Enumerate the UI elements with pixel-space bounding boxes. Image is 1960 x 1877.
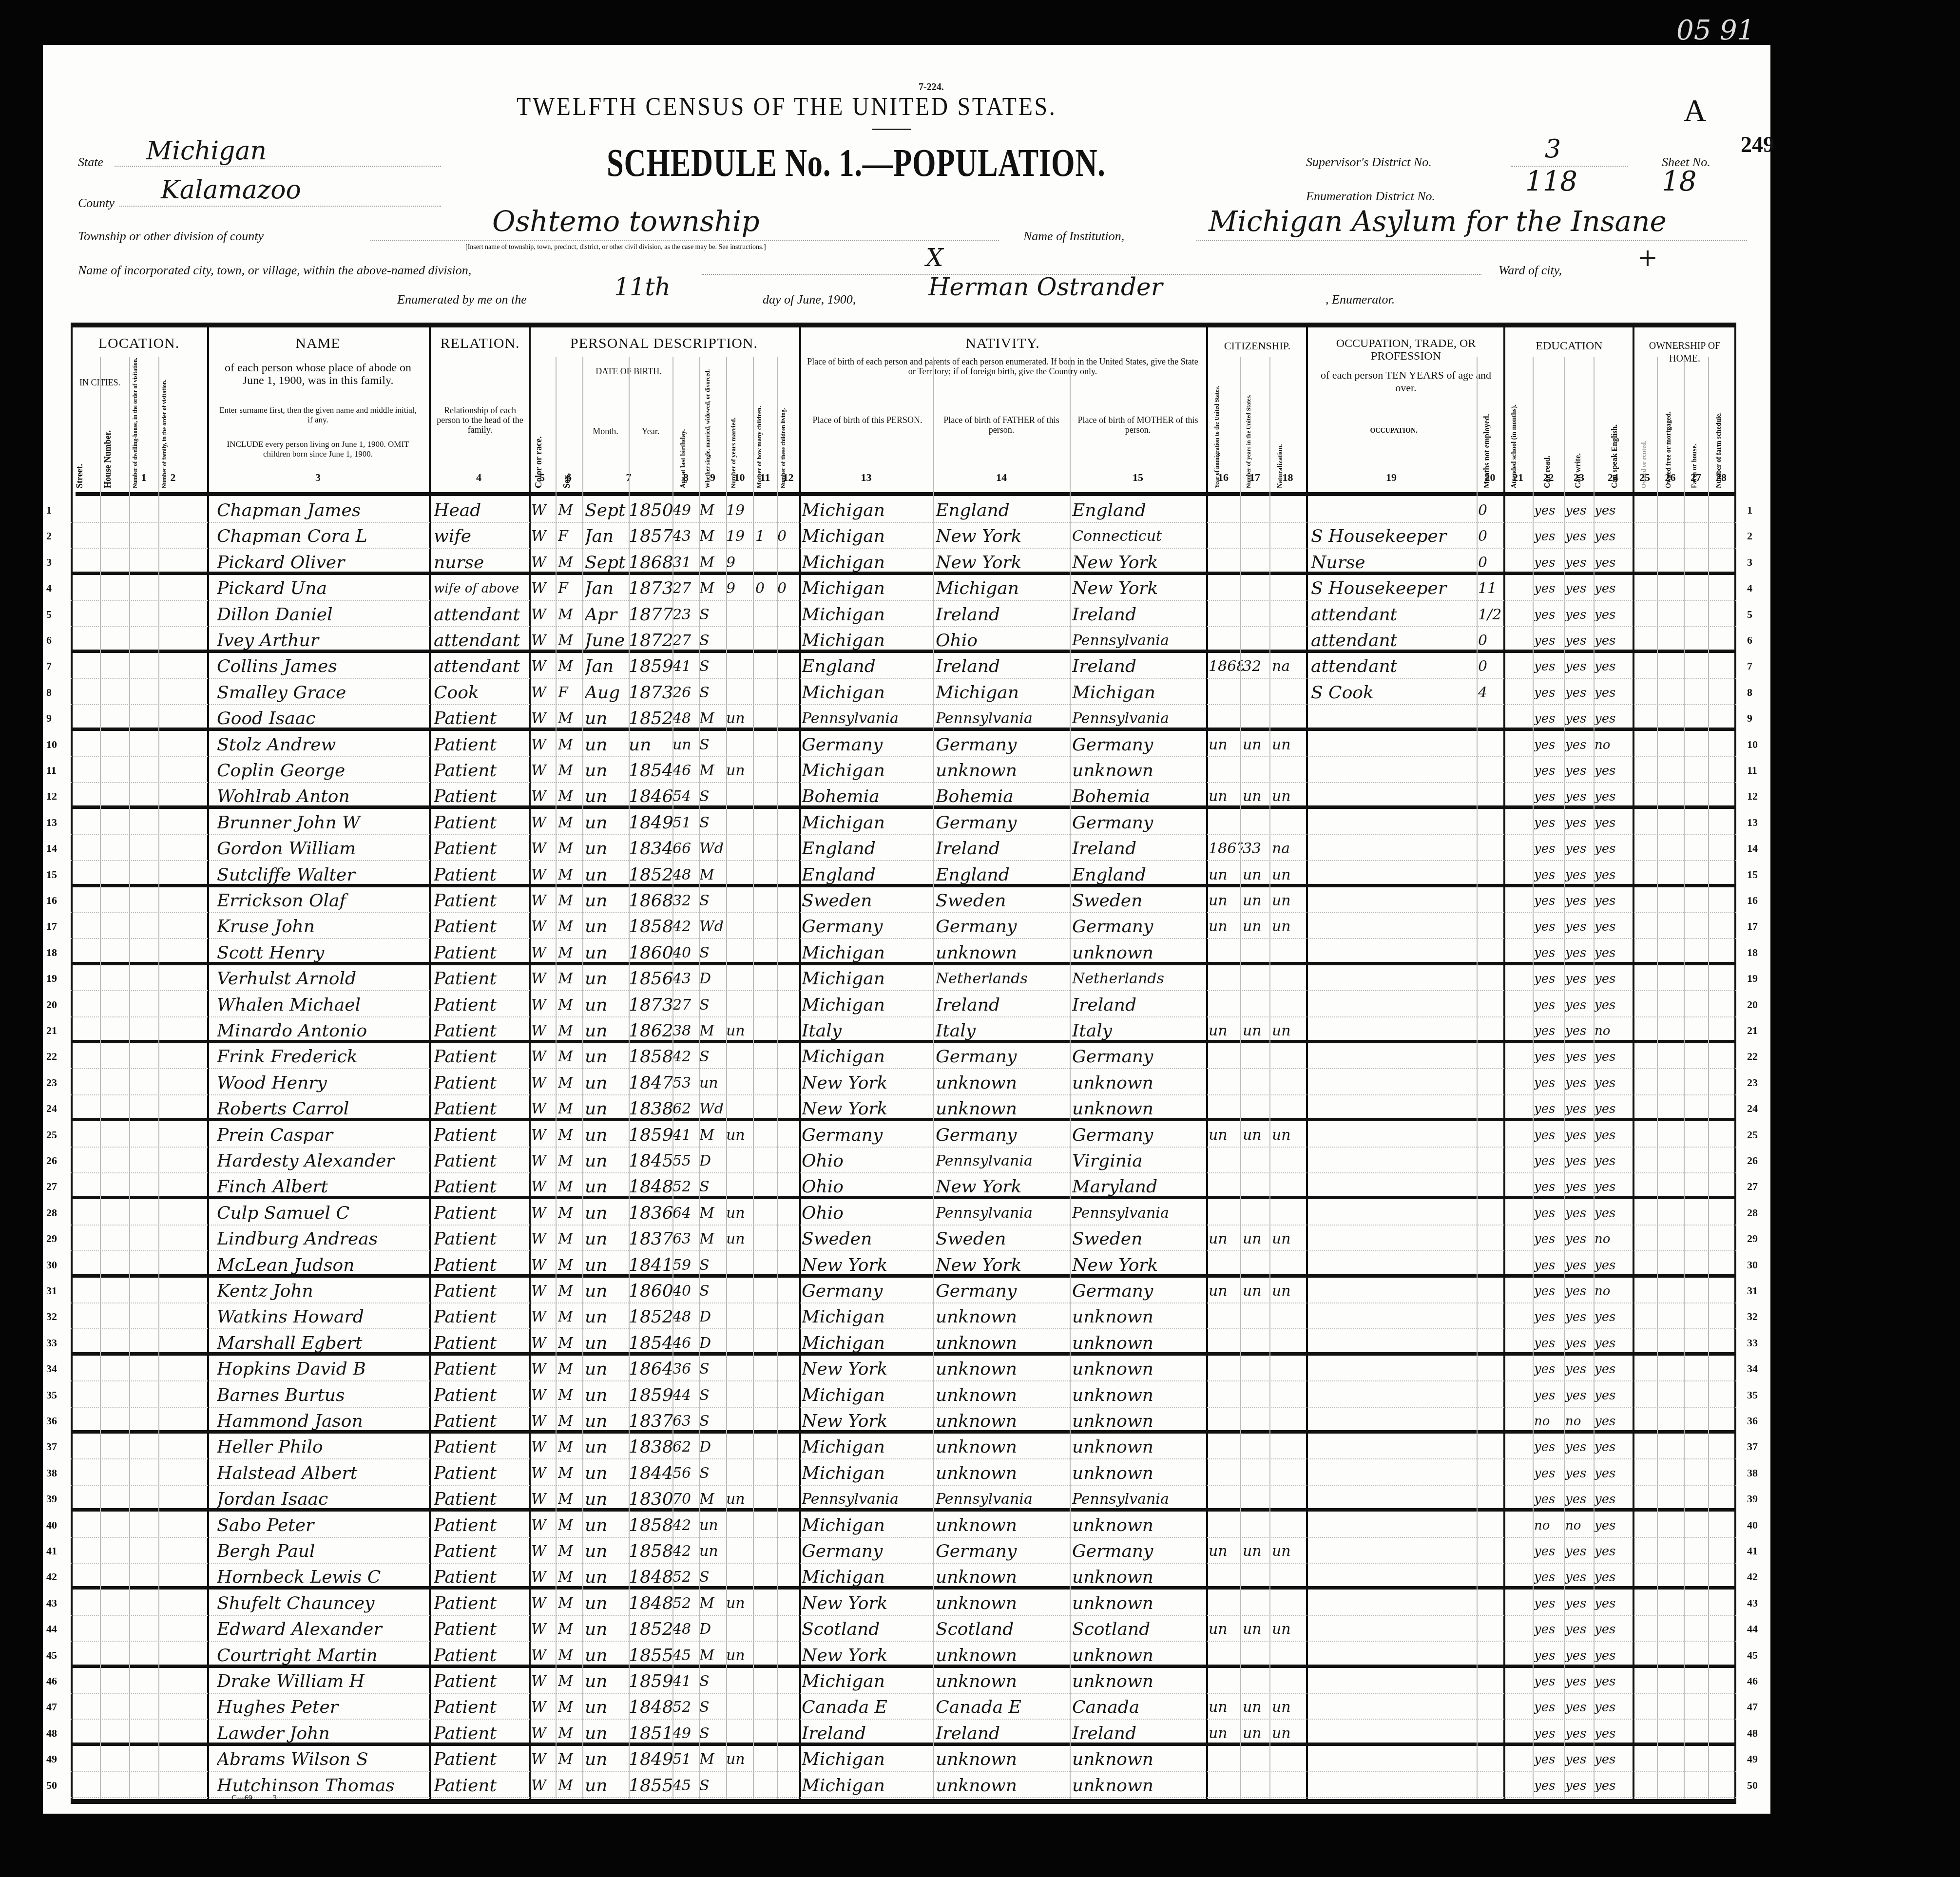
age-cell: 56 — [673, 1463, 699, 1484]
immigration-year-cell: un — [1209, 1619, 1243, 1640]
birthplace-person-cell: New York — [802, 1359, 933, 1380]
relation-cell: Patient — [434, 734, 529, 756]
marital-status-cell: D — [699, 1436, 726, 1458]
name-cell: Frink Frederick — [217, 1046, 426, 1068]
sex-cell: M — [558, 1203, 582, 1224]
line-number-left: 18 — [46, 946, 57, 959]
marital-status-cell: S — [699, 1281, 726, 1302]
can-read-cell: yes — [1534, 1203, 1564, 1224]
name-cell: Culp Samuel C — [217, 1203, 426, 1224]
naturalization-cell: un — [1272, 1281, 1306, 1302]
marital-status-cell: M — [699, 760, 726, 782]
line-number-right: 16 — [1747, 894, 1758, 907]
header-birth-father: Place of birth of FATHER of this person. — [936, 415, 1067, 435]
birthplace-father-cell: Germany — [936, 916, 1070, 938]
can-read-cell: yes — [1534, 760, 1564, 782]
age-cell: 51 — [673, 1749, 699, 1770]
sex-cell: M — [558, 1671, 582, 1692]
can-write-cell: yes — [1565, 1228, 1594, 1250]
header-nativity: NATIVITY. — [799, 337, 1206, 350]
birth-year-cell: 1837 — [629, 1228, 673, 1250]
sex-cell: M — [558, 656, 582, 677]
line-number-left: 49 — [46, 1753, 57, 1765]
birth-year-cell: 1859 — [629, 1671, 673, 1692]
birthplace-father-cell: Ireland — [936, 995, 1070, 1016]
birthplace-father-cell: Italy — [936, 1020, 1070, 1042]
enumerated-label: Enumerated by me on the — [397, 292, 527, 307]
can-speak-english-cell: yes — [1595, 968, 1633, 990]
birth-year-cell: 1848 — [629, 1593, 673, 1614]
column-number: 28 — [1708, 471, 1734, 484]
birthplace-person-cell: Michigan — [802, 995, 933, 1016]
relation-cell: Patient — [434, 942, 529, 964]
institution-value: Michigan Asylum for the Insane — [1209, 205, 1667, 238]
age-cell: 26 — [673, 682, 699, 704]
birth-month-cell: un — [585, 734, 629, 756]
sex-cell: M — [558, 1020, 582, 1042]
line-number-left: 24 — [46, 1102, 57, 1115]
line-number-right: 12 — [1747, 790, 1758, 803]
can-speak-english-cell: yes — [1595, 838, 1633, 860]
column-rule — [777, 357, 778, 1799]
can-speak-english-cell: yes — [1595, 942, 1633, 964]
can-read-cell: yes — [1534, 1671, 1564, 1692]
table-row: 99Good IsaacPatientWMun185248MunPennsylv… — [71, 705, 1736, 731]
can-write-cell: yes — [1565, 526, 1594, 547]
table-row: 3131Kentz JohnPatientWMun186040SGermanyG… — [71, 1278, 1736, 1303]
color-cell: W — [531, 838, 556, 860]
table-row: 2424Roberts CarrolPatientWMun183862WdNew… — [71, 1095, 1736, 1121]
birth-month-cell: un — [585, 1203, 629, 1224]
can-speak-english-cell: yes — [1595, 995, 1633, 1016]
sex-cell: M — [558, 1046, 582, 1068]
line-number-right: 29 — [1747, 1232, 1758, 1245]
years-married-cell: un — [726, 1749, 753, 1770]
county-value: Kalamazoo — [161, 175, 301, 205]
years-married-cell: un — [726, 1203, 753, 1224]
birthplace-person-cell: England — [802, 656, 933, 677]
can-write-cell: yes — [1565, 1176, 1594, 1198]
birth-year-cell: 1859 — [629, 1385, 673, 1406]
birthplace-person-cell: Scotland — [802, 1619, 933, 1640]
line-number-right: 11 — [1747, 764, 1757, 777]
line-number-right: 2 — [1747, 530, 1752, 542]
can-read-cell: yes — [1534, 1150, 1564, 1172]
column-rule — [1070, 357, 1071, 1799]
can-read-cell: yes — [1534, 578, 1564, 599]
line-number-right: 18 — [1747, 946, 1758, 959]
age-cell: 66 — [673, 838, 699, 860]
can-write-cell: yes — [1565, 890, 1594, 912]
line-number-left: 22 — [46, 1050, 57, 1063]
line-number-left: 14 — [46, 842, 57, 855]
marital-status-cell: D — [699, 1333, 726, 1354]
page-stamp: 249 — [1741, 132, 1774, 157]
relation-cell: Patient — [434, 1228, 529, 1250]
line-number-left: 23 — [46, 1076, 57, 1089]
birthplace-father-cell: unknown — [936, 1359, 1070, 1380]
footer-code: C—69 — [231, 1794, 252, 1803]
can-read-cell: yes — [1534, 942, 1564, 964]
birthplace-father-cell: unknown — [936, 942, 1070, 964]
birthplace-mother-cell: unknown — [1072, 1775, 1206, 1797]
immigration-year-cell: un — [1209, 1723, 1243, 1744]
can-write-cell: yes — [1565, 1671, 1594, 1692]
column-number: 19 — [1306, 471, 1477, 484]
color-cell: W — [531, 578, 556, 599]
color-cell: W — [531, 552, 556, 574]
marital-status-cell: M — [699, 578, 726, 599]
sex-cell: F — [558, 578, 582, 599]
age-cell: 51 — [673, 812, 699, 834]
occupation-cell: attendant — [1311, 630, 1477, 651]
birthplace-father-cell: unknown — [936, 1775, 1070, 1797]
birthplace-mother-cell: unknown — [1072, 1593, 1206, 1614]
birthplace-mother-cell: New York — [1072, 1255, 1206, 1276]
marital-status-cell: un — [699, 1541, 726, 1562]
line-number-left: 2 — [46, 530, 52, 542]
table-row: 3232Watkins HowardPatientWMun185248DMich… — [71, 1303, 1736, 1329]
can-read-cell: yes — [1534, 1255, 1564, 1276]
table-row: 2020Whalen MichaelPatientWMun187327SMich… — [71, 992, 1736, 1017]
relation-cell: Patient — [434, 890, 529, 912]
can-read-cell: yes — [1534, 682, 1564, 704]
table-row: 22Chapman Cora LwifeWFJan185743M1910Mich… — [71, 523, 1736, 549]
column-rule — [673, 357, 673, 1799]
line-number-left: 11 — [46, 764, 57, 777]
column-rule — [699, 357, 700, 1799]
birth-month-cell: un — [585, 708, 629, 729]
sex-cell: M — [558, 1098, 582, 1120]
color-cell: W — [531, 1203, 556, 1224]
table-row: 2525Prein CasparPatientWMun185941MunGerm… — [71, 1122, 1736, 1148]
line-number-left: 1 — [46, 504, 52, 517]
birthplace-mother-cell: Germany — [1072, 812, 1206, 834]
birth-month-cell: un — [585, 1020, 629, 1042]
column-rule — [1684, 357, 1685, 1799]
line-number-right: 41 — [1747, 1545, 1758, 1557]
table-row: 5050Hutchinson ThomasPatientWMun185545SM… — [71, 1772, 1736, 1798]
birthplace-father-cell: unknown — [936, 1515, 1070, 1536]
line-number-left: 32 — [46, 1310, 57, 1323]
birthplace-person-cell: Michigan — [802, 630, 933, 651]
relation-cell: Patient — [434, 708, 529, 729]
birthplace-father-cell: Germany — [936, 1046, 1070, 1068]
can-speak-english-cell: yes — [1595, 1203, 1633, 1224]
color-cell: W — [531, 1489, 556, 1510]
can-speak-english-cell: yes — [1595, 630, 1633, 651]
birthplace-mother-cell: Ireland — [1072, 1723, 1206, 1744]
sex-cell: M — [558, 1489, 582, 1510]
months-unemployed-cell: 1/2 — [1478, 604, 1503, 626]
marital-status-cell: S — [699, 812, 726, 834]
birthplace-father-cell: Ireland — [936, 1723, 1070, 1744]
can-speak-english-cell: no — [1595, 1281, 1633, 1302]
birthplace-person-cell: Germany — [802, 1125, 933, 1146]
table-row: 1616Errickson OlafPatientWMun186832SSwed… — [71, 887, 1736, 913]
birth-year-cell: 1848 — [629, 1176, 673, 1198]
line-number-right: 25 — [1747, 1129, 1758, 1141]
column-number: 16 — [1206, 471, 1240, 484]
color-cell: W — [531, 1567, 556, 1588]
occupation-cell: attendant — [1311, 656, 1477, 677]
birthplace-father-cell: unknown — [936, 1567, 1070, 1588]
line-number-right: 44 — [1747, 1623, 1758, 1635]
marital-status-cell: M — [699, 1203, 726, 1224]
line-number-left: 31 — [46, 1284, 57, 1297]
header-citizenship: CITIZENSHIP. — [1209, 340, 1306, 352]
line-number-right: 35 — [1747, 1389, 1758, 1401]
institution-line — [1196, 240, 1747, 241]
birthplace-father-cell: unknown — [936, 1073, 1070, 1094]
color-cell: W — [531, 1073, 556, 1094]
header-immigration-year: Year of immigration to the United States… — [1213, 362, 1221, 488]
can-speak-english-cell: yes — [1595, 1333, 1633, 1354]
birth-month-cell: Jan — [585, 656, 629, 677]
birth-year-cell: 1868 — [629, 552, 673, 574]
mother-of-cell: 1 — [755, 526, 777, 547]
population-table: LOCATION. IN CITIES. NAME of each person… — [71, 323, 1736, 1804]
color-cell: W — [531, 1723, 556, 1744]
can-read-cell: yes — [1534, 1541, 1564, 1562]
line-number-left: 21 — [46, 1024, 57, 1037]
immigration-year-cell: 1868 — [1209, 656, 1243, 677]
relation-cell: Patient — [434, 1697, 529, 1718]
line-number-left: 12 — [46, 790, 57, 803]
occupation-cell: attendant — [1311, 604, 1477, 626]
immigration-year-cell: 1867 — [1209, 838, 1243, 860]
age-cell: 48 — [673, 1619, 699, 1640]
line-number-right: 32 — [1747, 1310, 1758, 1323]
birthplace-person-cell: Michigan — [802, 942, 933, 964]
line-number-left: 6 — [46, 634, 52, 647]
color-cell: W — [531, 1020, 556, 1042]
age-cell: 42 — [673, 1541, 699, 1562]
relation-cell: Patient — [434, 1176, 529, 1198]
birthplace-mother-cell: Sweden — [1072, 1228, 1206, 1250]
birthplace-person-cell: Michigan — [802, 1436, 933, 1458]
can-read-cell: yes — [1534, 1385, 1564, 1406]
age-cell: 48 — [673, 1306, 699, 1328]
marital-status-cell: S — [699, 890, 726, 912]
table-row: 1212Wohlrab AntonPatientWMun184654SBohem… — [71, 783, 1736, 809]
table-row: 55Dillon DanielattendantWMApr187723SMich… — [71, 601, 1736, 627]
birth-year-cell: 1873 — [629, 578, 673, 599]
can-write-cell: yes — [1565, 604, 1594, 626]
relation-cell: Patient — [434, 1046, 529, 1068]
birth-month-cell: un — [585, 1645, 629, 1666]
color-cell: W — [531, 526, 556, 547]
birth-year-cell: 1834 — [629, 838, 673, 860]
name-cell: Verhulst Arnold — [217, 968, 426, 990]
can-read-cell: yes — [1534, 1306, 1564, 1328]
age-cell: 40 — [673, 1281, 699, 1302]
line-number-left: 13 — [46, 816, 57, 829]
column-number: 3 — [207, 471, 429, 484]
institution-label: Name of Institution, — [1023, 229, 1124, 244]
birth-year-cell: 1838 — [629, 1098, 673, 1120]
can-speak-english-cell: yes — [1595, 1463, 1633, 1484]
name-cell: Shufelt Chauncey — [217, 1593, 426, 1614]
can-read-cell: yes — [1534, 526, 1564, 547]
birthplace-person-cell: Michigan — [802, 1567, 933, 1588]
relation-cell: Patient — [434, 1125, 529, 1146]
can-write-cell: yes — [1565, 760, 1594, 782]
can-write-cell: yes — [1565, 1436, 1594, 1458]
years-married-cell: 19 — [726, 500, 753, 521]
table-row: 4545Courtright MartinPatientWMun185545Mu… — [71, 1642, 1736, 1668]
line-number-right: 39 — [1747, 1493, 1758, 1505]
birthplace-person-cell: Sweden — [802, 890, 933, 912]
birthplace-mother-cell: New York — [1072, 552, 1206, 574]
county-line — [119, 206, 441, 207]
relation-cell: Patient — [434, 1385, 529, 1406]
sex-cell: M — [558, 1281, 582, 1302]
column-rule — [753, 357, 754, 1799]
table-row: 11Chapman JamesHeadWMSept185049M19Michig… — [71, 497, 1736, 523]
marital-status-cell: S — [699, 942, 726, 964]
years-in-us-cell: 32 — [1243, 656, 1269, 677]
can-write-cell: yes — [1565, 1281, 1594, 1302]
birthplace-mother-cell: Ireland — [1072, 604, 1206, 626]
years-in-us-cell: un — [1243, 734, 1269, 756]
birthplace-father-cell: unknown — [936, 1436, 1070, 1458]
birth-month-cell: un — [585, 1671, 629, 1692]
naturalization-cell: un — [1272, 1723, 1306, 1744]
birth-year-cell: 1864 — [629, 1359, 673, 1380]
can-write-cell: yes — [1565, 1203, 1594, 1224]
age-cell: 41 — [673, 1125, 699, 1146]
age-cell: 45 — [673, 1645, 699, 1666]
color-cell: W — [531, 1671, 556, 1692]
table-row: 33Pickard OlivernurseWMSept186831M9Michi… — [71, 549, 1736, 575]
can-write-cell: yes — [1565, 1775, 1594, 1797]
can-write-cell: yes — [1565, 552, 1594, 574]
can-speak-english-cell: yes — [1595, 1671, 1633, 1692]
birthplace-mother-cell: Ireland — [1072, 656, 1206, 677]
birth-year-cell: 1847 — [629, 1073, 673, 1094]
name-cell: Halstead Albert — [217, 1463, 426, 1484]
table-row: 4444Edward AlexanderPatientWMun185248DSc… — [71, 1616, 1736, 1642]
marital-status-cell: M — [699, 1749, 726, 1770]
can-read-cell: yes — [1534, 1228, 1564, 1250]
years-in-us-cell: un — [1243, 916, 1269, 938]
birth-month-cell: un — [585, 1593, 629, 1614]
sex-cell: M — [558, 1541, 582, 1562]
months-unemployed-cell: 0 — [1478, 552, 1503, 574]
line-number-right: 13 — [1747, 816, 1758, 829]
birthplace-person-cell: Ohio — [802, 1203, 933, 1224]
years-in-us-cell: un — [1243, 1697, 1269, 1718]
can-write-cell: yes — [1565, 1697, 1594, 1718]
birthplace-father-cell: New York — [936, 526, 1070, 547]
name-cell: Sutcliffe Walter — [217, 864, 426, 886]
years-married-cell: un — [726, 1020, 753, 1042]
can-speak-english-cell: yes — [1595, 1125, 1633, 1146]
naturalization-cell: un — [1272, 734, 1306, 756]
can-write-cell: yes — [1565, 1306, 1594, 1328]
marital-status-cell: S — [699, 1775, 726, 1797]
birthplace-father-cell: Germany — [936, 1541, 1070, 1562]
table-row: 4343Shufelt ChaunceyPatientWMun184852Mun… — [71, 1590, 1736, 1616]
table-row: 1111Coplin GeorgePatientWMun185446MunMic… — [71, 757, 1736, 783]
line-number-left: 46 — [46, 1675, 57, 1687]
birthplace-father-cell: unknown — [936, 1593, 1070, 1614]
name-cell: Dillon Daniel — [217, 604, 426, 626]
birthplace-person-cell: New York — [802, 1098, 933, 1120]
can-speak-english-cell: yes — [1595, 1306, 1633, 1328]
header-free-mortgaged: Owned free or mortgaged. — [1665, 357, 1673, 488]
relation-cell: Patient — [434, 1723, 529, 1744]
header-age: Age at last birthday. — [680, 366, 688, 488]
birth-year-cell: 1877 — [629, 604, 673, 626]
sheet-no-value: 18 — [1662, 166, 1696, 197]
can-write-cell: yes — [1565, 1046, 1594, 1068]
sex-cell: M — [558, 1150, 582, 1172]
line-number-right: 20 — [1747, 998, 1758, 1011]
color-cell: W — [531, 1619, 556, 1640]
relation-cell: Patient — [434, 1541, 529, 1562]
marital-status-cell: S — [699, 1411, 726, 1432]
table-row: 2121Minardo AntonioPatientWMun186238MunI… — [71, 1017, 1736, 1043]
can-speak-english-cell: yes — [1595, 1567, 1633, 1588]
name-cell: Wohlrab Anton — [217, 786, 426, 807]
can-speak-english-cell: yes — [1595, 1489, 1633, 1510]
can-speak-english-cell: yes — [1595, 1697, 1633, 1718]
color-cell: W — [531, 1385, 556, 1406]
sex-cell: M — [558, 968, 582, 990]
can-speak-english-cell: yes — [1595, 1150, 1633, 1172]
birth-year-cell: 1830 — [629, 1489, 673, 1510]
sex-cell: M — [558, 812, 582, 834]
birthplace-person-cell: Pennsylvania — [802, 1489, 933, 1510]
birthplace-person-cell: Ohio — [802, 1176, 933, 1198]
line-number-right: 46 — [1747, 1675, 1758, 1687]
line-number-left: 47 — [46, 1701, 57, 1713]
months-unemployed-cell: 0 — [1478, 526, 1503, 547]
table-row: 1313Brunner John WPatientWMun184951SMich… — [71, 809, 1736, 835]
months-unemployed-cell: 4 — [1478, 682, 1503, 704]
birth-month-cell: un — [585, 1723, 629, 1744]
name-cell: Stolz Andrew — [217, 734, 426, 756]
table-row: 77Collins JamesattendantWMJan185941SEngl… — [71, 653, 1736, 679]
age-cell: 44 — [673, 1385, 699, 1406]
months-unemployed-cell: 11 — [1478, 578, 1503, 599]
table-row: 3737Heller PhiloPatientWMun183862DMichig… — [71, 1434, 1736, 1459]
marital-status-cell: S — [699, 786, 726, 807]
birth-year-cell: 1841 — [629, 1255, 673, 1276]
name-cell: Finch Albert — [217, 1176, 426, 1198]
header-name: NAME — [207, 337, 429, 350]
marital-status-cell: D — [699, 1619, 726, 1640]
color-cell: W — [531, 1697, 556, 1718]
can-speak-english-cell: yes — [1595, 1619, 1633, 1640]
age-cell: 63 — [673, 1411, 699, 1432]
can-speak-english-cell: yes — [1595, 708, 1633, 729]
column-rule — [1477, 357, 1478, 1799]
birthplace-person-cell: New York — [802, 1411, 933, 1432]
years-in-us-cell: un — [1243, 864, 1269, 886]
color-cell: W — [531, 1775, 556, 1797]
can-speak-english-cell: yes — [1595, 1593, 1633, 1614]
birthplace-father-cell: unknown — [936, 1385, 1070, 1406]
color-cell: W — [531, 1176, 556, 1198]
column-number: 12 — [777, 471, 799, 484]
header-year: Year. — [629, 425, 673, 438]
name-cell: Courtright Martin — [217, 1645, 426, 1666]
can-read-cell: yes — [1534, 1073, 1564, 1094]
table-row: 4949Abrams Wilson SPatientWMun184951MunM… — [71, 1746, 1736, 1772]
